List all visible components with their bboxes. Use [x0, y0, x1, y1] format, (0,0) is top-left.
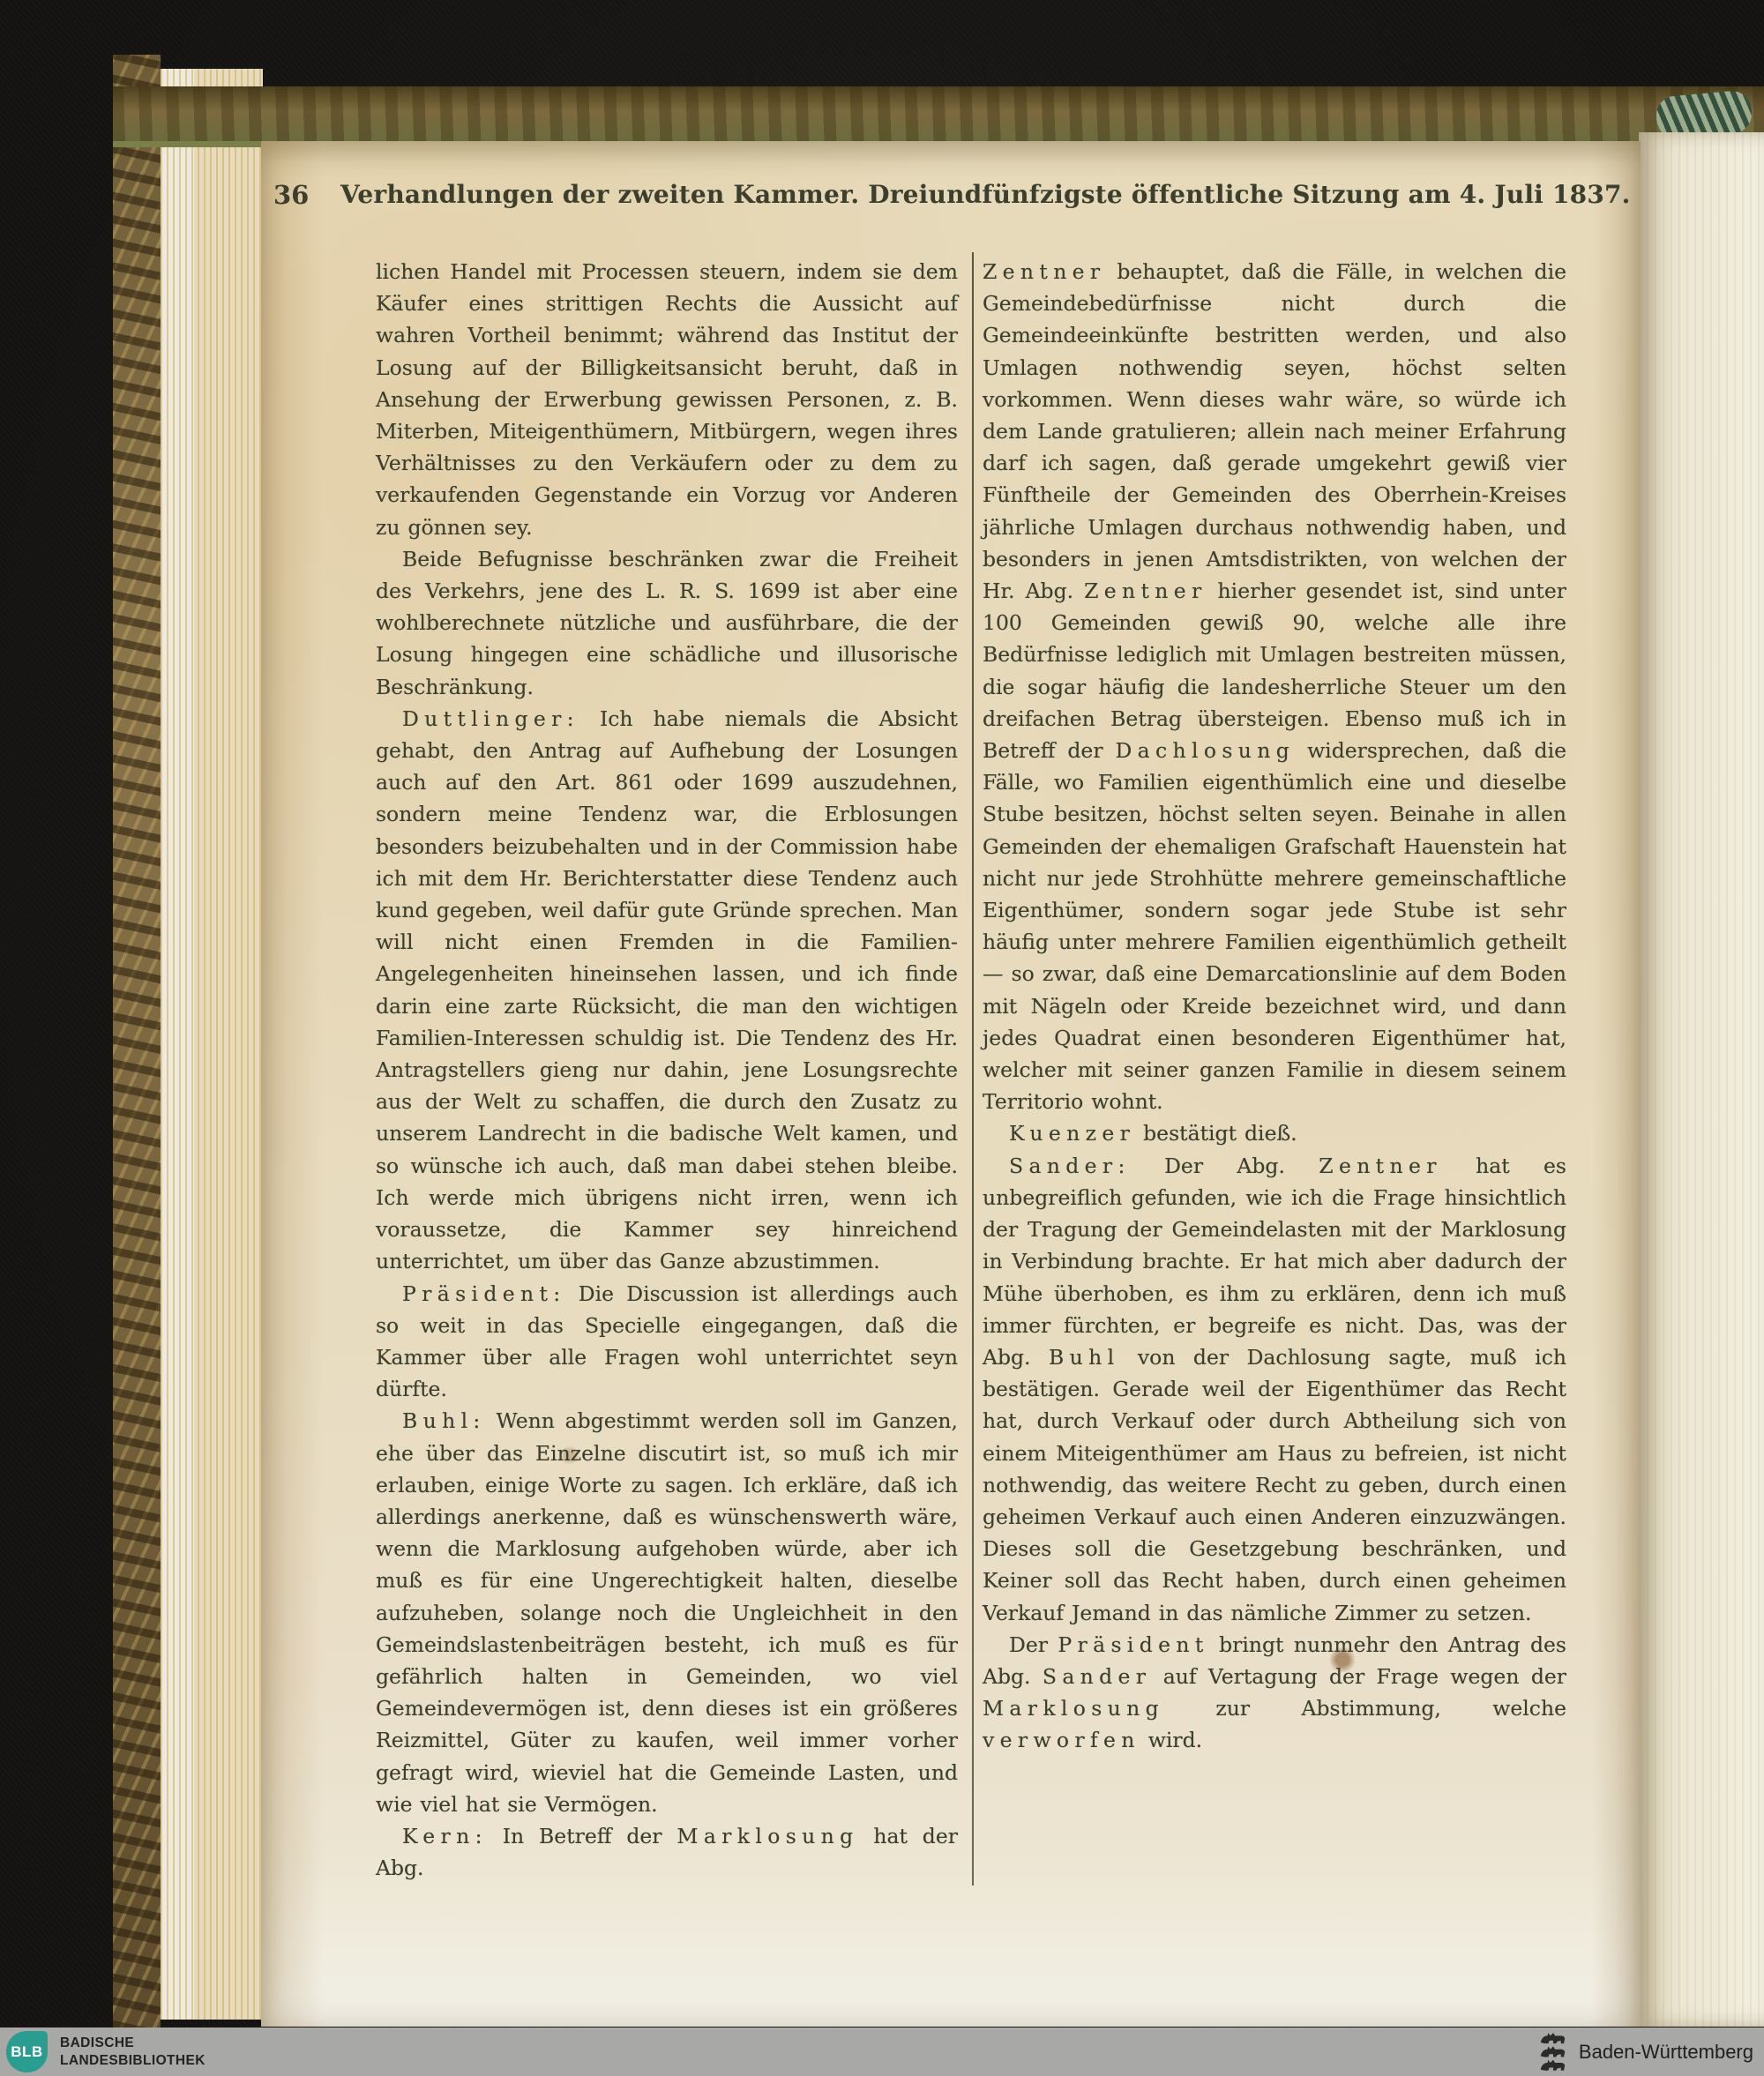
emphasized-text-segment: Präsident	[1058, 1632, 1208, 1657]
emphasized-text-segment: Kuenzer	[1009, 1121, 1135, 1146]
book-top-binding	[113, 86, 1764, 147]
page-number: 36	[273, 180, 309, 210]
library-branding: BLB BADISCHE LANDESBIBLIOTHEK	[6, 2031, 206, 2072]
book-fore-edge	[1639, 132, 1764, 2027]
state-name: Baden-Württemberg	[1579, 2041, 1753, 2064]
page-stack-edge	[161, 69, 263, 2020]
text-segment: wird.	[1140, 1728, 1202, 1752]
paragraph: Zentner behauptet, daß die Fälle, in wel…	[983, 256, 1566, 1117]
emphasized-text-segment: Präsident:	[402, 1281, 566, 1306]
paragraph: Der Präsident bringt nunmehr den Antrag …	[983, 1629, 1566, 1757]
emphasized-text-segment: Zentner	[983, 259, 1106, 284]
paragraph: Kuenzer bestätigt dieß.	[983, 1117, 1566, 1149]
column-right: Zentner behauptet, daß die Fälle, in wel…	[983, 256, 1566, 1757]
baden-wuerttemberg-lions-icon	[1538, 2032, 1568, 2072]
blb-logo: BLB	[6, 2031, 48, 2072]
emphasized-text-segment: Zentner	[1319, 1154, 1442, 1178]
emphasized-text-segment: verworfen	[983, 1728, 1140, 1752]
library-name-line1: BADISCHE	[60, 2035, 206, 2051]
paragraph: Präsident: Die Discussion ist allerdings…	[376, 1278, 958, 1406]
library-name: BADISCHE LANDESBIBLIOTHEK	[60, 2035, 206, 2069]
emphasized-text-segment: Zentner	[1084, 579, 1207, 603]
text-segment: In Betreff der	[488, 1824, 677, 1848]
emphasized-text-segment: Dachlosung	[1116, 738, 1296, 763]
book-cover-edge	[113, 55, 161, 2028]
paragraph: lichen Handel mit Processen steuern, ind…	[376, 256, 958, 543]
text-segment: Ich habe niemals die Absicht gehabt, den…	[376, 706, 958, 1273]
text-segment: widersprechen, daß die Fälle, wo Familie…	[983, 738, 1566, 1114]
text-segment: Der	[1009, 1632, 1058, 1657]
page-header: 36 Verhandlungen der zweiten Kammer. Dre…	[261, 180, 1641, 220]
emphasized-text-segment: Buhl:	[402, 1408, 486, 1433]
emphasized-text-segment: Kern:	[402, 1824, 488, 1848]
text-segment: behauptet, daß die Fälle, in welchen die…	[983, 259, 1566, 603]
emphasized-text-segment: Sander	[1043, 1664, 1152, 1689]
paragraph: Beide Befugnisse beschränken zwar die Fr…	[376, 543, 958, 703]
book-page: 36 Verhandlungen der zweiten Kammer. Dre…	[261, 141, 1641, 2027]
text-segment: Der Abg.	[1131, 1154, 1319, 1178]
paragraph: Kern: In Betreff der Marklosung hat der …	[376, 1820, 958, 1884]
paragraph: Duttlinger: Ich habe niemals die Absicht…	[376, 703, 958, 1278]
text-segment: lichen Handel mit Processen steuern, ind…	[376, 259, 958, 540]
library-name-line2: LANDESBIBLIOTHEK	[60, 2052, 206, 2069]
text-segment: von der Dachlosung sagte, muß ich bestät…	[983, 1345, 1566, 1625]
text-segment: hierher gesendet ist, sind unter 100 Gem…	[983, 579, 1566, 763]
paragraph: Buhl: Wenn abgestimmt werden soll im Gan…	[376, 1405, 958, 1820]
text-segment: Wenn abgestimmt werden soll im Ganzen, e…	[376, 1408, 958, 1816]
emphasized-text-segment: Duttlinger:	[402, 706, 579, 731]
text-segment: zur Abstimmung, welche	[1164, 1696, 1566, 1721]
emphasized-text-segment: Buhl	[1049, 1345, 1119, 1370]
text-segment: auf Vertagung der Frage wegen der	[1151, 1664, 1566, 1689]
text-segment: hat es unbegreiflich gefunden, wie ich d…	[983, 1154, 1566, 1370]
text-segment: bestätigt dieß.	[1135, 1121, 1297, 1146]
state-branding: Baden-Württemberg	[1538, 2032, 1753, 2072]
emphasized-text-segment: Sander:	[1009, 1154, 1131, 1178]
emphasized-text-segment: Marklosung	[676, 1824, 858, 1848]
text-segment: Beide Befugnisse beschränken zwar die Fr…	[376, 547, 958, 699]
emphasized-text-segment: Marklosung	[983, 1696, 1164, 1721]
column-divider	[972, 252, 974, 1886]
footer-bar: BLB BADISCHE LANDESBIBLIOTHEK Baden-Würt…	[0, 2027, 1764, 2076]
column-left: lichen Handel mit Processen steuern, ind…	[376, 256, 958, 1884]
page-title: Verhandlungen der zweiten Kammer. Dreiun…	[340, 180, 1579, 209]
paragraph: Sander: Der Abg. Zentner hat es unbegrei…	[983, 1150, 1566, 1629]
photo-background: 36 Verhandlungen der zweiten Kammer. Dre…	[0, 0, 1764, 2076]
